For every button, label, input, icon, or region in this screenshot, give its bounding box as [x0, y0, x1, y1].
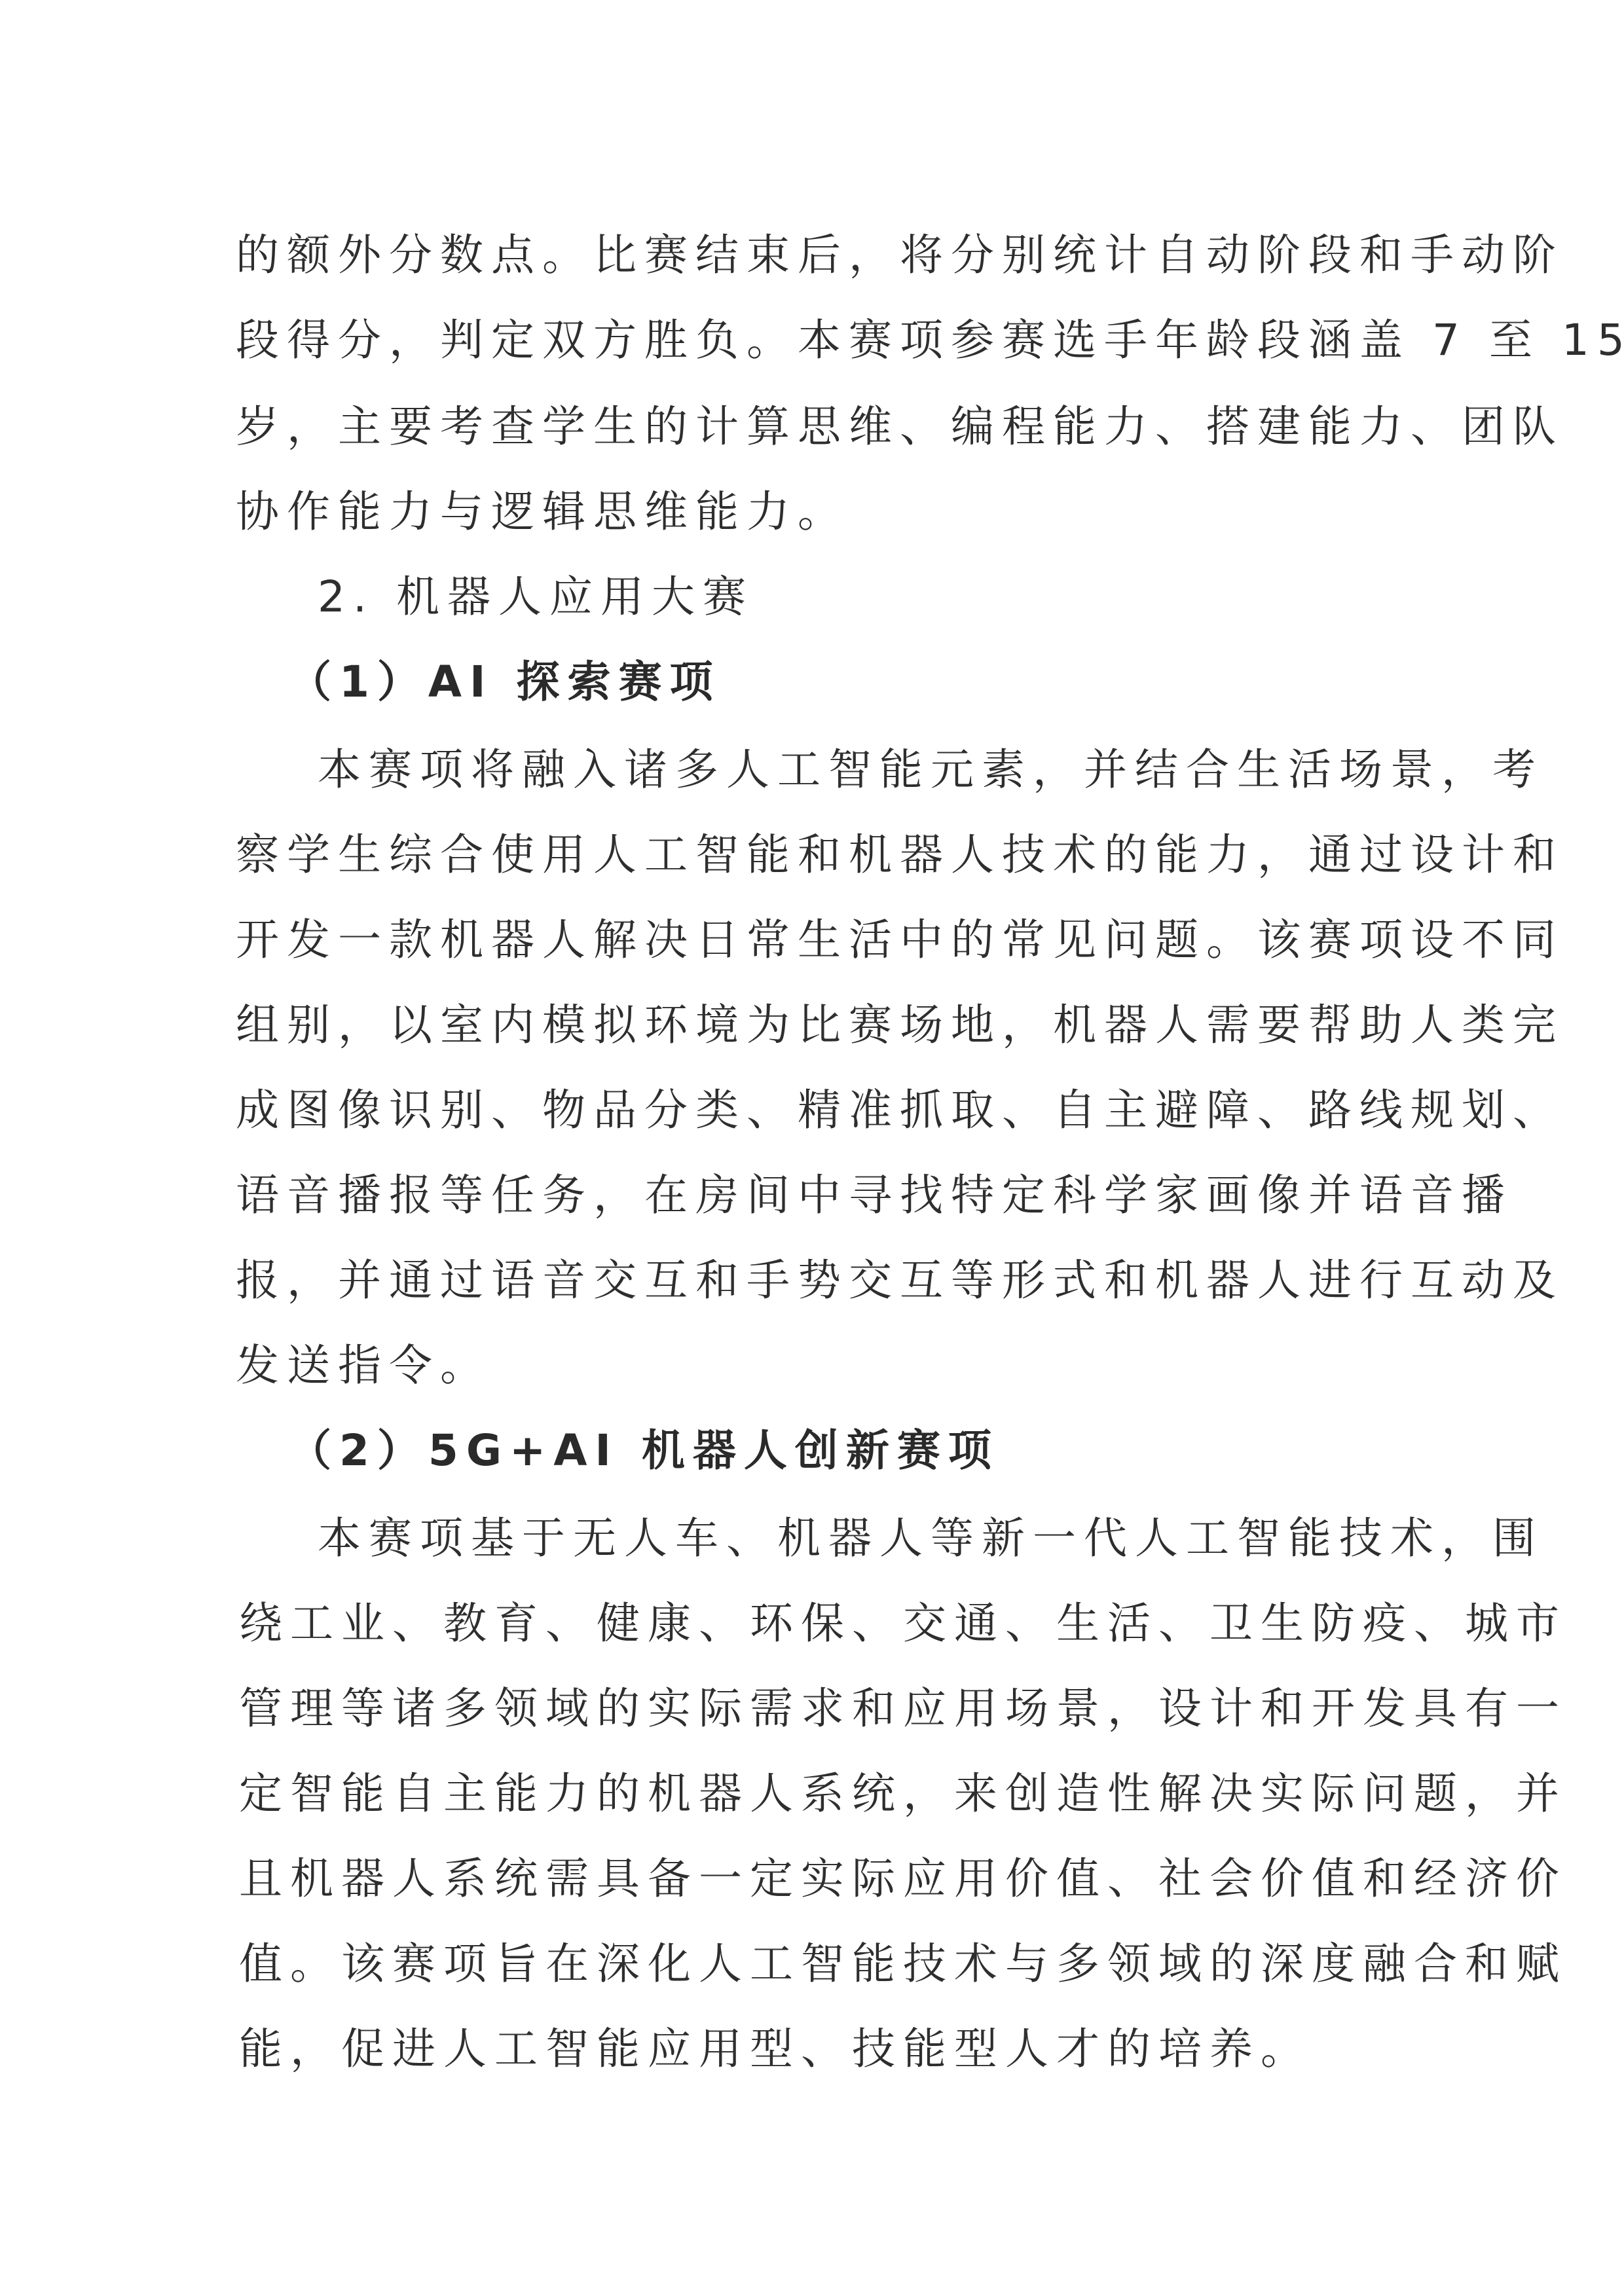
paragraph-line: 能，促进人工智能应用型、技能型人才的培养。 — [239, 2023, 1392, 2075]
paragraph-line: 绕工业、教育、健康、环保、交通、生活、卫生防疫、城市 — [239, 1597, 1375, 1650]
paragraph-line: 段得分，判定双方胜负。本赛项参赛选手年龄段涵盖 7 至 15 — [236, 314, 1388, 367]
paragraph-line: 本赛项将融入诸多人工智能元素，并结合生活场景，考 — [318, 744, 1365, 796]
subsection-heading: （1）AI 探索赛项 — [288, 656, 1441, 708]
paragraph-line: 开发一款机器人解决日常生活中的常见问题。该赛项设不同 — [236, 914, 1388, 966]
paragraph-line: 管理等诸多领域的实际需求和应用场景，设计和开发具有一 — [239, 1683, 1375, 1735]
paragraph-line: 本赛项基于无人车、机器人等新一代人工智能技术，围 — [318, 1512, 1375, 1565]
paragraph-line: 且机器人系统需具备一定实际应用价值、社会价值和经济价 — [239, 1853, 1375, 1905]
paragraph-line: 发送指令。 — [236, 1339, 1388, 1392]
paragraph-line: 成图像识别、物品分类、精准抓取、自主避障、路线规划、 — [236, 1084, 1388, 1137]
paragraph-line: 察学生综合使用人工智能和机器人技术的能力，通过设计和 — [236, 829, 1388, 881]
paragraph-line: 岁，主要考查学生的计算思维、编程能力、搭建能力、团队 — [236, 401, 1388, 453]
paragraph-line: 协作能力与逻辑思维能力。 — [236, 486, 1388, 538]
paragraph-line: 组别，以室内模拟环境为比赛场地，机器人需要帮助人类完 — [236, 999, 1388, 1051]
subsection-heading: （2）5G+AI 机器人创新赛项 — [288, 1425, 1441, 1477]
paragraph-line: 报，并通过语音交互和手势交互等形式和机器人进行互动及 — [236, 1254, 1388, 1307]
document-page: 的额外分数点。比赛结束后，将分别统计自动阶段和手动阶 段得分，判定双方胜负。本赛… — [0, 0, 1624, 2296]
paragraph-line: 语音播报等任务，在房间中寻找特定科学家画像并语音播 — [236, 1169, 1342, 1222]
paragraph-line: 的额外分数点。比赛结束后，将分别统计自动阶段和手动阶 — [236, 229, 1388, 282]
section-heading: 2. 机器人应用大赛 — [318, 571, 1470, 623]
paragraph-line: 值。该赛项旨在深化人工智能技术与多领域的深度融合和赋 — [239, 1938, 1375, 1990]
paragraph-line: 定智能自主能力的机器人系统，来创造性解决实际问题，并 — [239, 1768, 1375, 1820]
